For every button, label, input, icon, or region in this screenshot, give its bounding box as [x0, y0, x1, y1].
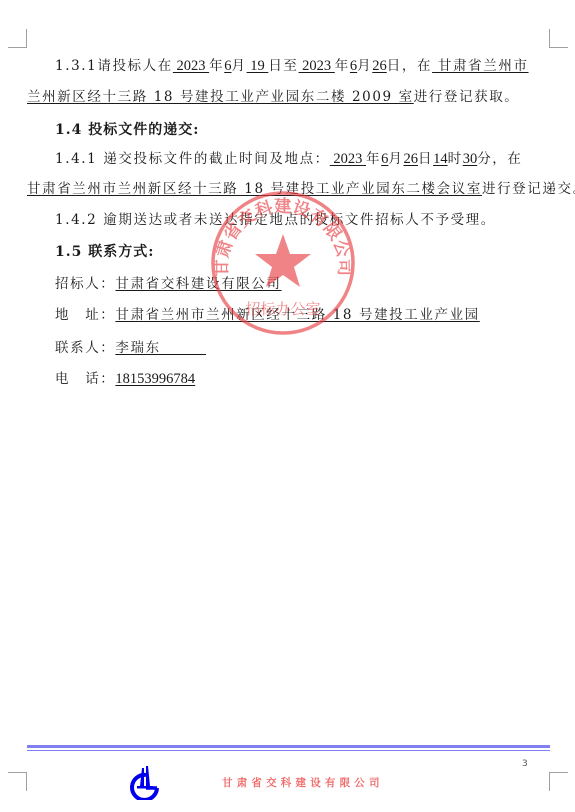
contact-address: 地 址：甘肃省兰州市兰州新区经十三路 18 号建投工业产业园 [55, 306, 480, 324]
month-char: 月 [357, 58, 372, 74]
clause-text: 请投标人在 [97, 58, 173, 74]
deadline-day: 26 [403, 151, 418, 167]
end-year: 2023 [299, 58, 335, 74]
deadline-hour: 14 [433, 151, 448, 167]
month-char: 月 [388, 151, 403, 167]
day-char: 日 [418, 151, 433, 167]
minute-char: 分，在 [477, 151, 522, 167]
submission-address: 甘肃省兰州市兰州新区经十三路 18 号建投工业产业园东二楼会议室 [27, 181, 482, 197]
deadline-minute: 30 [463, 151, 478, 167]
clause-text: 递交投标文件的截止时间及地点： [103, 151, 330, 167]
paragraph-1-4-2: 1.4.2 逾期送达或者未送达指定地点的投标文件招标人不予受理。 [55, 211, 496, 229]
contact-person: 联系人：李瑞东 [55, 339, 206, 357]
seal-ring-text: 甘肃省交科建设有限公司 [211, 196, 354, 277]
clause-text: 逾期送达或者未送达指定地点的投标文件招标人不予受理。 [103, 212, 496, 228]
paragraph-1-4-1-line-2: 甘肃省兰州市兰州新区经十三路 18 号建投工业产业园东二楼会议室进行登记递交。 [27, 180, 575, 198]
contact-tenderer: 招标人：甘肃省交科建设有限公司 [55, 275, 282, 293]
month-char: 月 [231, 58, 246, 74]
paragraph-1-3-1-line-1: 1.3.1请投标人在 2023 年6月 19 日至 2023 年6月26日，在 … [55, 57, 529, 75]
year-char: 年 [335, 58, 350, 74]
contact-label: 招标人： [55, 276, 115, 292]
clause-tail: 进行登记获取。 [414, 89, 520, 105]
clause-number: 1.3.1 [55, 58, 97, 74]
contact-value: 18153996784 [115, 371, 195, 387]
clause-tail: 进行登记递交。 [482, 181, 575, 197]
contact-phone: 电 话：18153996784 [55, 370, 195, 388]
start-day: 19 [247, 58, 269, 74]
contact-label: 地 址： [55, 307, 115, 323]
section-heading-1-4: 1.4 投标文件的递交: [55, 121, 199, 139]
company-logo-icon [130, 764, 162, 800]
contact-value: 甘肃省兰州市兰州新区经十三路 18 号建投工业产业园 [115, 307, 479, 323]
address-part-2: 兰州新区经十三路 18 号建投工业产业园东二楼 2009 室 [27, 89, 414, 105]
svg-text:甘肃省交科建设有限公司: 甘肃省交科建设有限公司 [211, 196, 354, 277]
deadline-year: 2023 [330, 151, 366, 167]
clause-number: 1.4.2 [55, 212, 97, 228]
paragraph-1-3-1-line-2: 兰州新区经十三路 18 号建投工业产业园东二楼 2009 室进行登记获取。 [27, 88, 519, 106]
contact-label: 联系人： [55, 340, 115, 356]
crop-mark-top-left [8, 29, 27, 48]
section-heading-1-5: 1.5 联系方式: [55, 243, 154, 261]
crop-mark-bottom-left [8, 772, 27, 791]
year-char: 年 [366, 151, 381, 167]
page-number: 3 [522, 759, 528, 769]
footer-rule-thin [27, 750, 550, 751]
clause-number: 1.4.1 [55, 151, 97, 167]
paragraph-1-4-1-line-1: 1.4.1 递交投标文件的截止时间及地点： 2023 年6月26日14时30分，… [55, 150, 523, 168]
after-day-text: 日，在 [387, 58, 432, 74]
year-char: 年 [209, 58, 224, 74]
footer-company-name: 甘肃省交科建设有限公司 [222, 775, 384, 790]
hour-char: 时 [448, 151, 463, 167]
crop-mark-top-right [549, 29, 568, 48]
start-year: 2023 [173, 58, 209, 74]
contact-label: 电 话： [55, 371, 115, 387]
contact-value: 甘肃省交科建设有限公司 [115, 276, 281, 292]
footer-rule-thick [27, 745, 550, 748]
contact-value: 李瑞东 [115, 340, 206, 356]
crop-mark-bottom-right [549, 772, 568, 791]
address-part-1: 甘肃省兰州市 [432, 58, 529, 74]
end-day: 26 [372, 58, 387, 74]
day-to-text: 日至 [268, 58, 298, 74]
